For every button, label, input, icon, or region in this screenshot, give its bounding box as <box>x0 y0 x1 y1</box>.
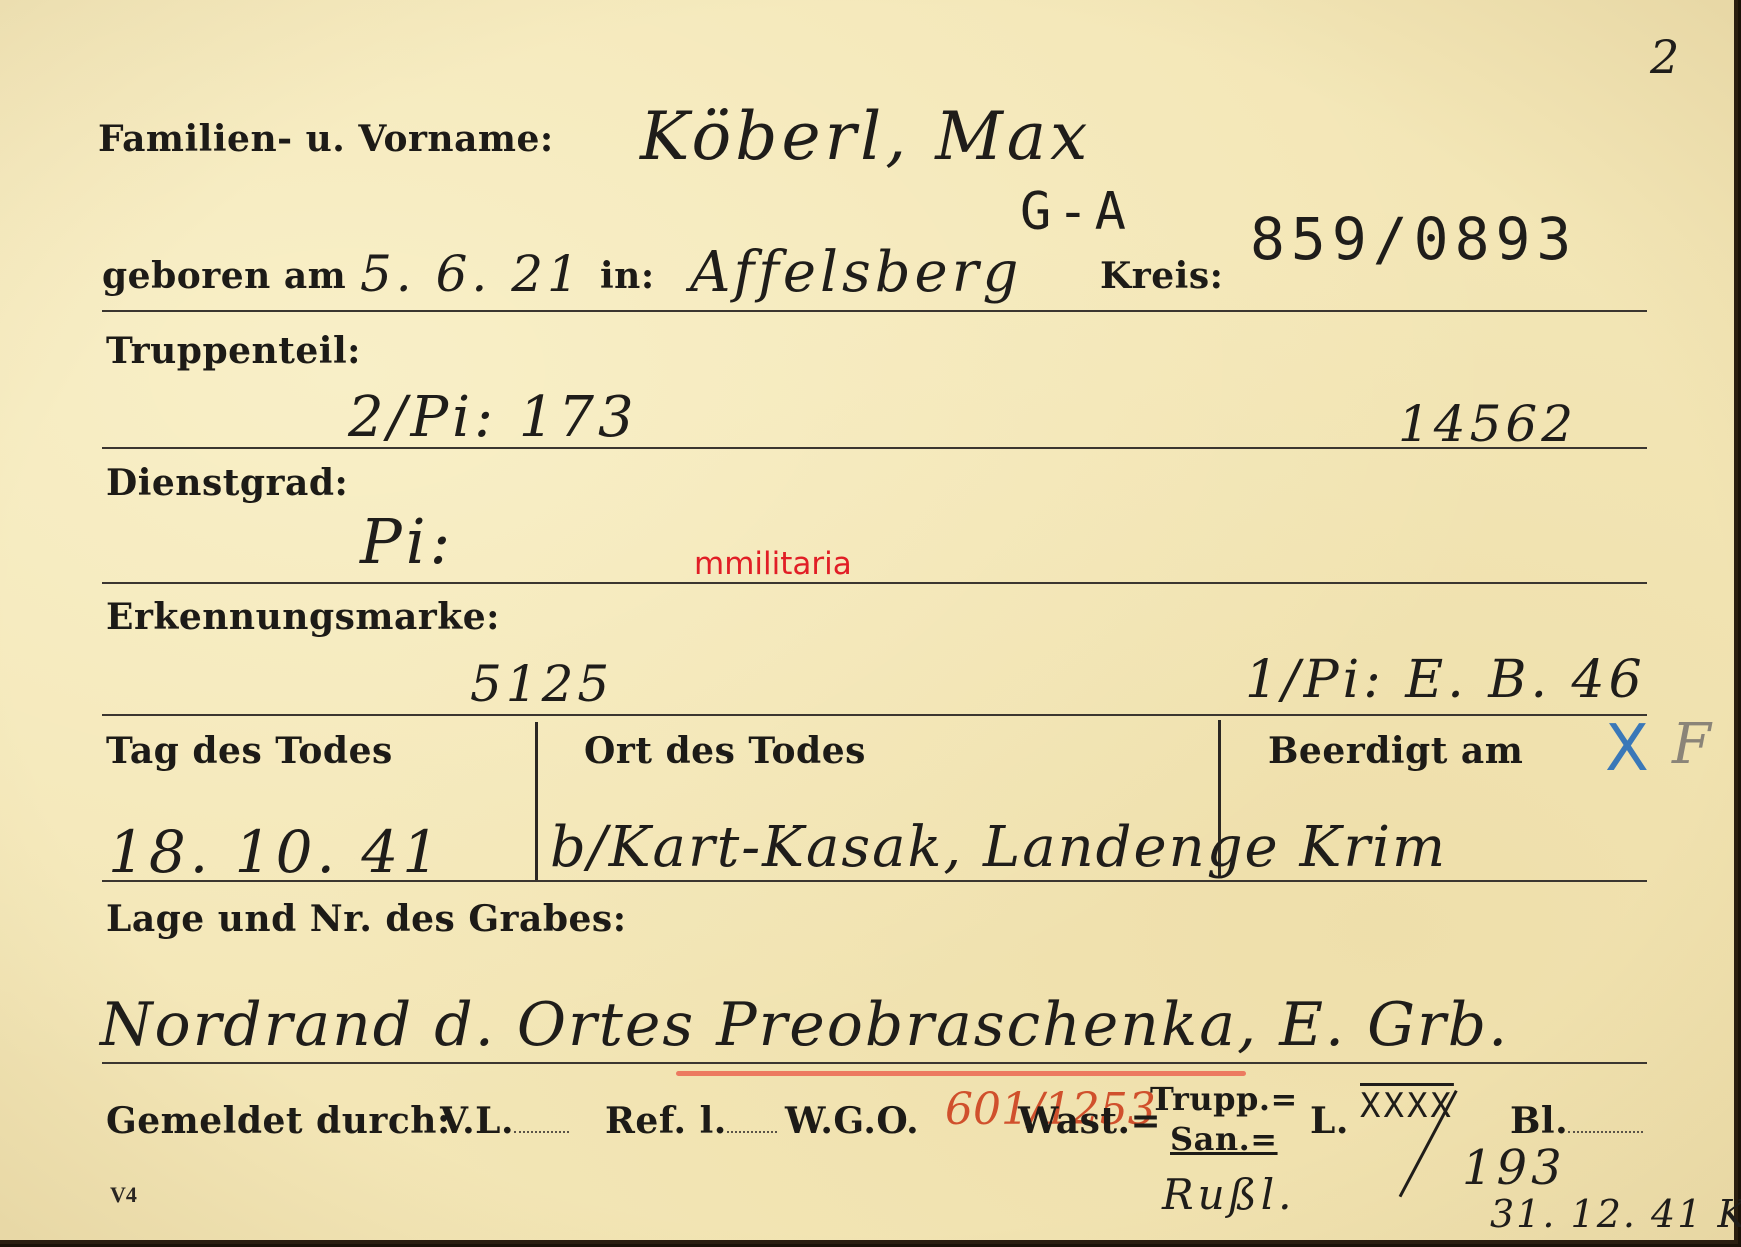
reported-wgo: W.G.O. <box>785 1100 919 1142</box>
rule <box>102 1062 1647 1064</box>
reported-l-label: L. <box>1310 1100 1349 1142</box>
reported-ref-text: Ref. l. <box>605 1100 727 1142</box>
reported-date-signed: 31. 12. 41 Kp <box>1490 1192 1741 1236</box>
corner-mark: 2 <box>1650 30 1683 84</box>
unit-label: Truppenteil: <box>106 330 361 372</box>
rank-value: Pi: <box>360 505 454 578</box>
dotted-fill <box>727 1131 777 1133</box>
reported-bl-label: Bl. <box>1510 1100 1643 1142</box>
rank-label: Dienstgrad: <box>106 462 348 504</box>
death-record-card: 2 Familien- u. Vorname: Köberl, Max G-A … <box>0 0 1738 1244</box>
death-date: 18. 10. 41 <box>108 818 443 886</box>
column-divider <box>535 722 538 880</box>
burial-label: Beerdigt am <box>1268 730 1523 772</box>
death-place-label: Ort des Todes <box>584 730 866 772</box>
born-place: Affelsberg <box>690 240 1022 305</box>
reported-trupp: Trupp.= <box>1150 1080 1298 1118</box>
name-value: Köberl, Max <box>640 98 1091 175</box>
red-underline <box>676 1071 1246 1076</box>
reported-bl-value: 193 <box>1462 1140 1566 1196</box>
fieldpost-number: 14562 <box>1398 395 1577 453</box>
rule <box>102 310 1647 312</box>
reported-vl: V.L. <box>440 1100 569 1142</box>
dotted-fill <box>514 1131 569 1133</box>
burial-pencil-mark: F <box>1672 712 1711 777</box>
reported-wast: Wast.= <box>1018 1100 1161 1142</box>
reported-ref: Ref. l. <box>605 1100 777 1142</box>
unit-value: 2/Pi: 173 <box>348 385 638 450</box>
death-date-label: Tag des Todes <box>106 730 393 772</box>
rule <box>102 880 1647 882</box>
rule <box>102 447 1647 449</box>
grave-value: Nordrand d. Ortes Preobraschenka, E. Grb… <box>100 990 1509 1060</box>
form-code: V4 <box>110 1182 137 1208</box>
file-stamp-prefix: G-A <box>1020 182 1132 242</box>
file-stamp-number: 859/0893 <box>1250 205 1577 273</box>
reported-vl-text: V.L. <box>440 1100 514 1142</box>
district-label: Kreis: <box>1100 255 1223 297</box>
name-label: Familien- u. Vorname: <box>98 118 554 160</box>
rule <box>102 582 1647 584</box>
rule <box>102 714 1647 716</box>
id-tag-label: Erkennungsmarke: <box>106 596 500 638</box>
born-label: geboren am <box>102 255 346 297</box>
reported-bl-text: Bl. <box>1510 1100 1568 1142</box>
reported-label: Gemeldet durch: <box>106 1100 451 1142</box>
burial-blue-mark: X <box>1605 712 1649 786</box>
watermark: mmilitaria <box>694 546 852 582</box>
dotted-fill <box>1568 1131 1643 1133</box>
death-place: b/Kart-Kasak, Landenge Krim <box>550 815 1447 880</box>
id-tag-unit: 1/Pi: E. B. 46 <box>1245 650 1646 710</box>
born-place-label: in: <box>600 255 655 297</box>
born-date: 5. 6. 21 <box>360 245 583 303</box>
reported-russland: Rußl. <box>1162 1170 1296 1219</box>
reported-san: San.= <box>1170 1120 1278 1158</box>
id-tag-number: 5125 <box>470 655 613 713</box>
grave-label: Lage und Nr. des Grabes: <box>106 898 626 940</box>
